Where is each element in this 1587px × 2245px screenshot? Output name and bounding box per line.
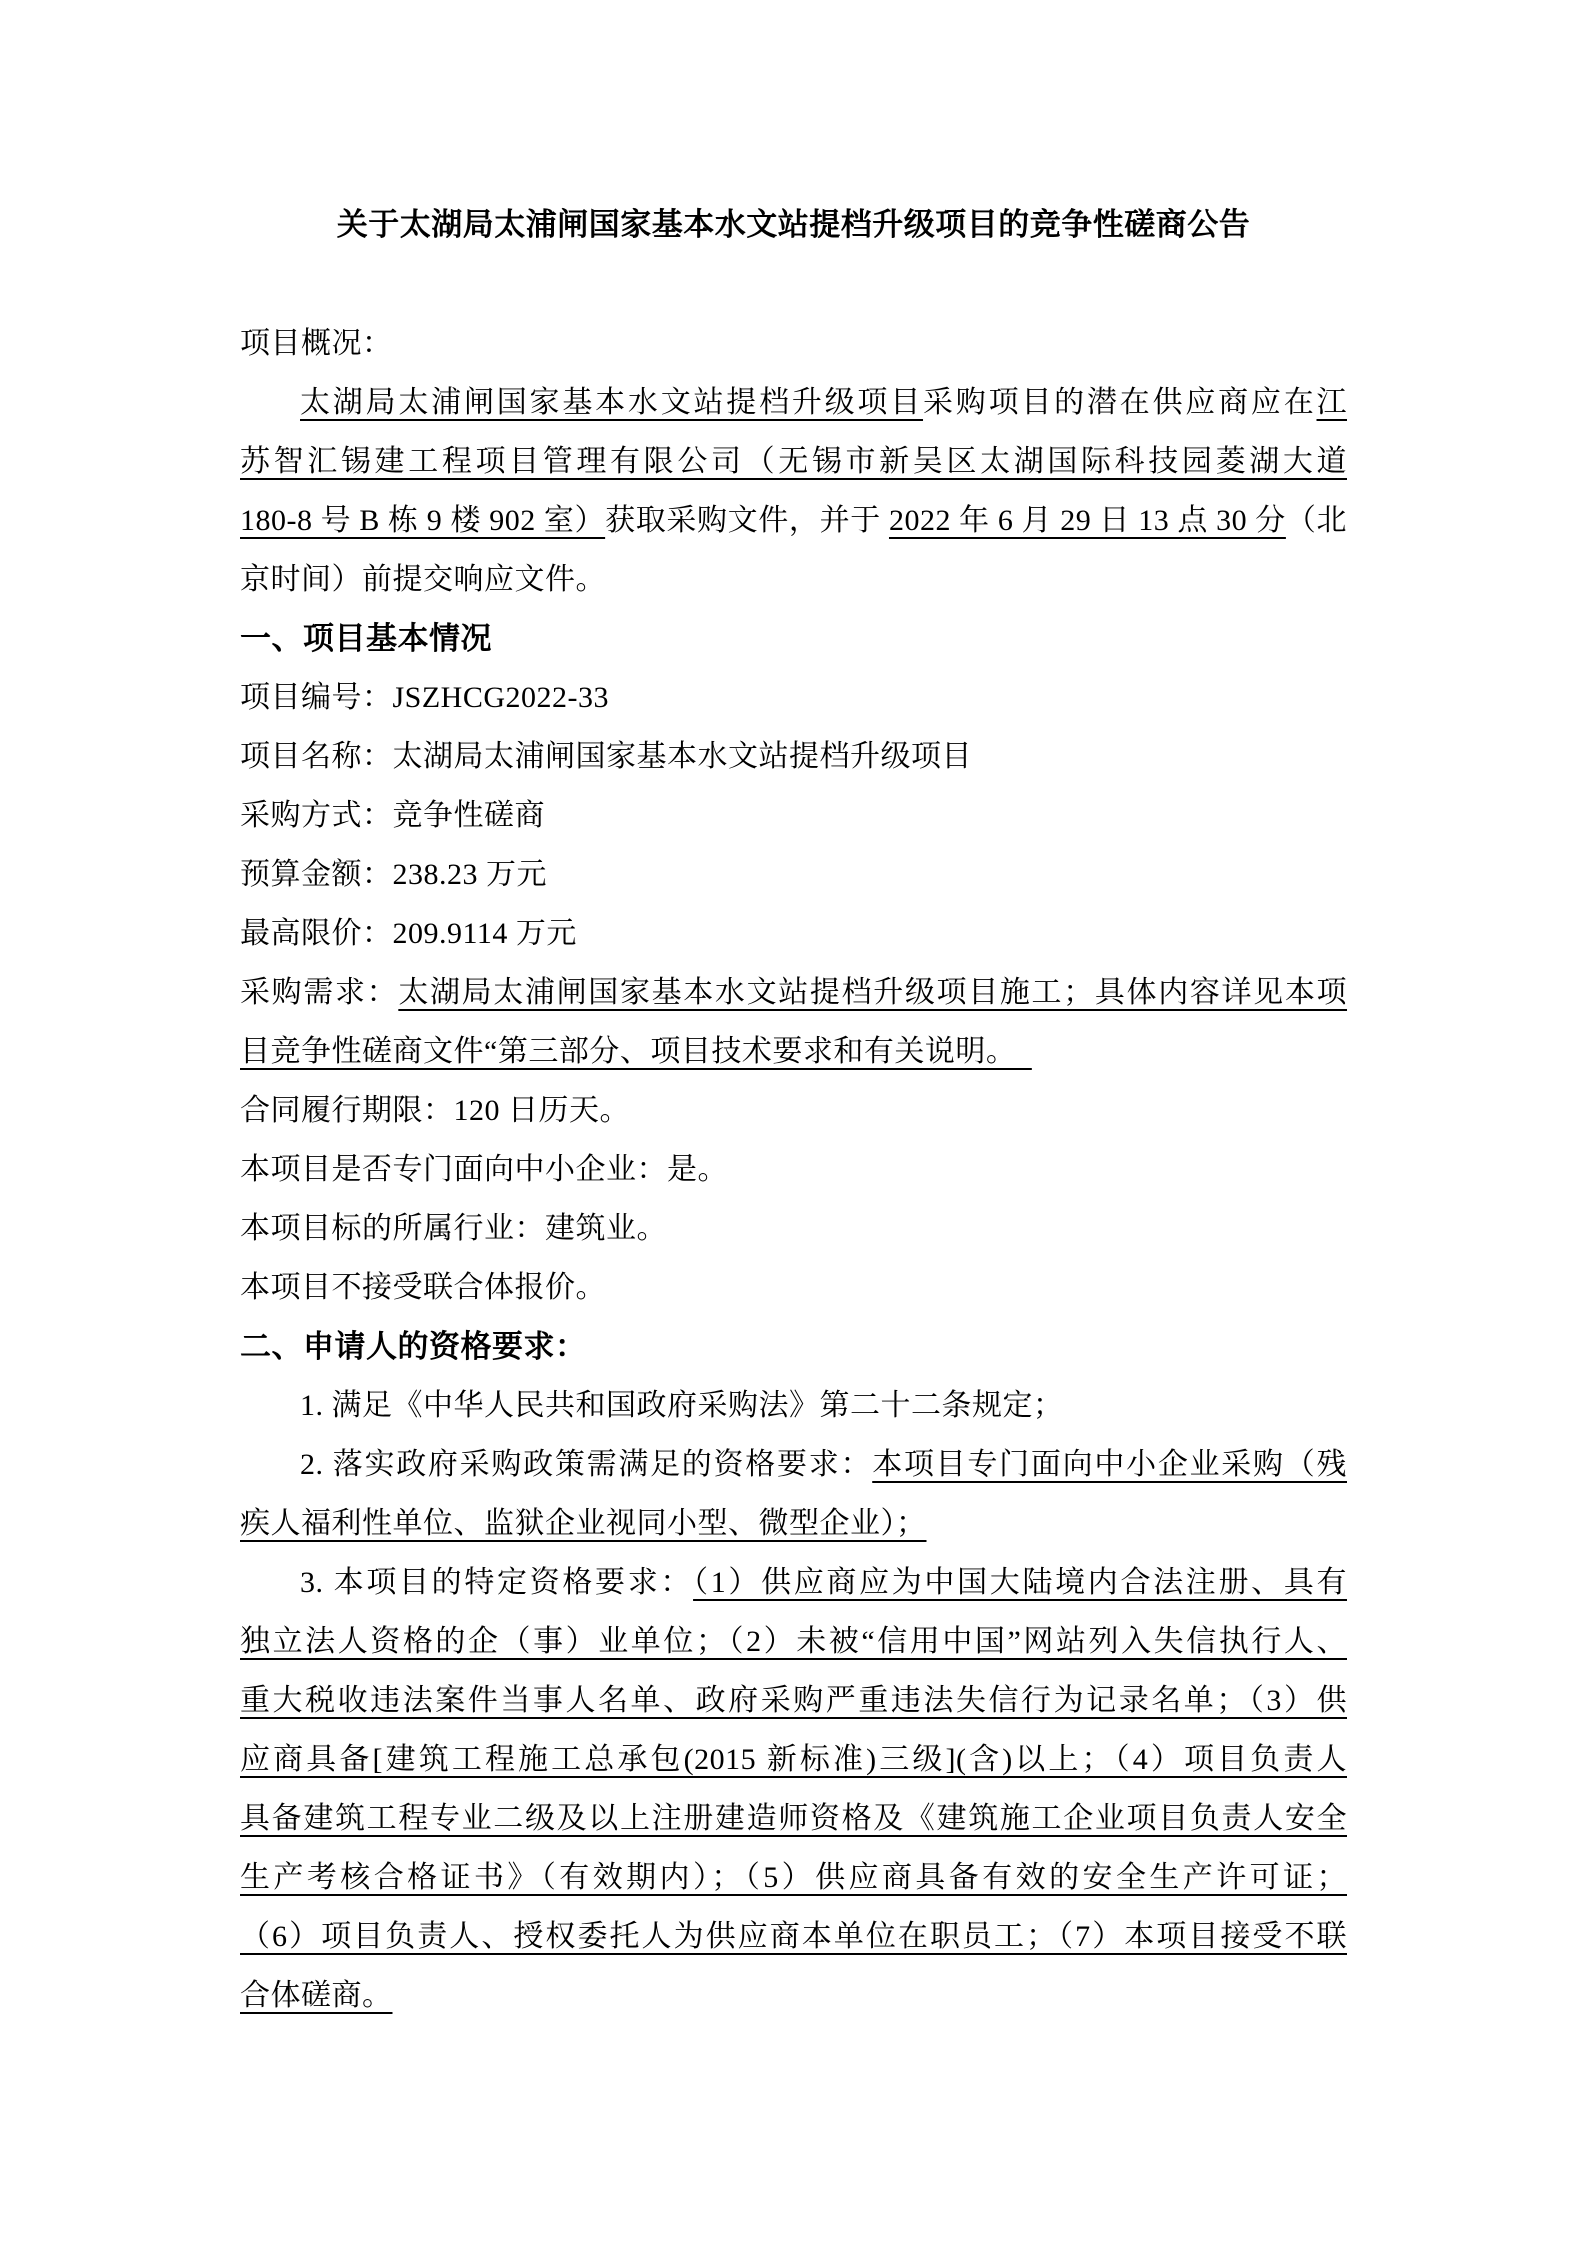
underlined-text: 2022 年 6 月 29 日 13 点 30 分 [889,504,1286,537]
underlined-text: 合体磋商。 [240,1979,393,2012]
plain-text: （北 [1286,504,1347,537]
underlined-text: 生产考核合格证书》（有效期内）；（5）供应商具备有效的安全生产许可证； [240,1861,1347,1894]
plain-text: 京时间）前提交响应文件。 [240,563,606,596]
max-price: 最高限价：209.9114 万元 [240,904,1347,963]
contract-period: 合同履行期限：120 日历天。 [240,1081,1347,1140]
budget-amount: 预算金额：238.23 万元 [240,845,1347,904]
procurement-demand-line-1: 采购需求：太湖局太浦闸国家基本水文站提档升级项目施工；具体内容详见本项 [240,963,1347,1022]
plain-text: 采购方式：竞争性磋商 [240,799,545,832]
underlined-text: 疾人福利性单位、监狱企业视同小型、微型企业）； [240,1507,927,1540]
overview-line-2: 苏智汇锡建工程项目管理有限公司（无锡市新吴区太湖国际科技园菱湖大道 [240,432,1347,491]
plain-text: 预算金额：238.23 万元 [240,858,547,891]
qualification-3-line-5: 具备建筑工程专业二级及以上注册建造师资格及《建筑施工企业项目负责人安全 [240,1789,1347,1848]
underlined-text: 应商具备[建筑工程施工总承包(2015 新标准)三级](含)以上；（4）项目负责… [240,1743,1347,1776]
plain-text: 本项目不接受联合体报价。 [240,1271,606,1304]
qualification-3-line-8: 合体磋商。 [240,1966,1347,2025]
plain-text: 合同履行期限：120 日历天。 [240,1094,630,1127]
qualification-1: 1. 满足《中华人民共和国政府采购法》第二十二条规定； [240,1376,1347,1435]
document-page: 关于太湖局太浦闸国家基本水文站提档升级项目的竞争性磋商公告 项目概况：太湖局太浦… [0,0,1587,2245]
plain-text: 项目编号：JSZHCG2022-33 [240,681,609,714]
underlined-text: 苏智汇锡建工程项目管理有限公司（无锡市新吴区太湖国际科技园菱湖大道 [240,445,1347,478]
plain-text: 2. 落实政府采购政策需满足的资格要求： [300,1448,872,1481]
consortium-statement: 本项目不接受联合体报价。 [240,1258,1347,1317]
plain-text: 1. 满足《中华人民共和国政府采购法》第二十二条规定； [300,1389,1064,1422]
document-body: 项目概况：太湖局太浦闸国家基本水文站提档升级项目采购项目的潜在供应商应在江苏智汇… [240,314,1347,2025]
plain-text: 项目名称：太湖局太浦闸国家基本水文站提档升级项目 [240,740,972,773]
underlined-text: （1）供应商应为中国大陆境内合法注册、具有 [693,1566,1347,1599]
sme-statement: 本项目是否专门面向中小企业：是。 [240,1140,1347,1199]
plain-text: 最高限价：209.9114 万元 [240,917,577,950]
qualification-3-line-1: 3. 本项目的特定资格要求：（1）供应商应为中国大陆境内合法注册、具有 [240,1553,1347,1612]
plain-text: 本项目是否专门面向中小企业：是。 [240,1153,728,1186]
overview-line-3: 180-8 号 B 栋 9 楼 902 室）获取采购文件，并于 2022 年 6… [240,491,1347,550]
plain-text: 采购项目的潜在供应商应在 [923,386,1316,419]
underlined-text: 太湖局太浦闸国家基本水文站提档升级项目施工；具体内容详见本项 [398,976,1347,1009]
section-2-heading: 二、申请人的资格要求： [240,1317,1347,1376]
overview-line-1: 太湖局太浦闸国家基本水文站提档升级项目采购项目的潜在供应商应在江 [240,373,1347,432]
qualification-2-line-1: 2. 落实政府采购政策需满足的资格要求：本项目专门面向中小企业采购（残 [240,1435,1347,1494]
underlined-text: 重大税收违法案件当事人名单、政府采购严重违法失信行为记录名单；（3）供 [240,1684,1347,1717]
underlined-text: 目竞争性磋商文件“第三部分、项目技术要求和有关说明。 [240,1035,1032,1068]
overview-line-4: 京时间）前提交响应文件。 [240,550,1347,609]
plain-text: 采购需求： [240,976,398,1009]
section-1-heading: 一、项目基本情况 [240,609,1347,668]
qualification-3-line-3: 重大税收违法案件当事人名单、政府采购严重违法失信行为记录名单；（3）供 [240,1671,1347,1730]
project-number: 项目编号：JSZHCG2022-33 [240,668,1347,727]
qualification-3-line-4: 应商具备[建筑工程施工总承包(2015 新标准)三级](含)以上；（4）项目负责… [240,1730,1347,1789]
underlined-text: 独立法人资格的企（事）业单位；（2）未被“信用中国”网站列入失信执行人、 [240,1625,1347,1658]
underlined-text: 江 [1317,386,1348,419]
qualification-2-line-2: 疾人福利性单位、监狱企业视同小型、微型企业）； [240,1494,1347,1553]
underlined-text: 本项目专门面向中小企业采购（残 [872,1448,1347,1481]
underlined-text: 180-8 号 B 栋 9 楼 902 室） [240,504,605,537]
procurement-method: 采购方式：竞争性磋商 [240,786,1347,845]
plain-text: 3. 本项目的特定资格要求： [300,1566,693,1599]
underlined-text: 具备建筑工程专业二级及以上注册建造师资格及《建筑施工企业项目负责人安全 [240,1802,1347,1835]
page-title: 关于太湖局太浦闸国家基本水文站提档升级项目的竞争性磋商公告 [240,195,1347,254]
qualification-3-line-6: 生产考核合格证书》（有效期内）；（5）供应商具备有效的安全生产许可证； [240,1848,1347,1907]
qualification-3-line-2: 独立法人资格的企（事）业单位；（2）未被“信用中国”网站列入失信执行人、 [240,1612,1347,1671]
plain-text: 二、申请人的资格要求： [240,1329,587,1364]
plain-text: 本项目标的所属行业：建筑业。 [240,1212,667,1245]
underlined-text: （6）项目负责人、授权委托人为供应商本单位在职员工；（7）本项目接受不联 [240,1920,1347,1953]
qualification-3-line-7: （6）项目负责人、授权委托人为供应商本单位在职员工；（7）本项目接受不联 [240,1907,1347,1966]
plain-text: 项目概况： [240,327,393,360]
project-name: 项目名称：太湖局太浦闸国家基本水文站提档升级项目 [240,727,1347,786]
underlined-text: 太湖局太浦闸国家基本水文站提档升级项目 [300,386,923,419]
plain-text: 获取采购文件，并于 [605,504,889,537]
procurement-demand-line-2: 目竞争性磋商文件“第三部分、项目技术要求和有关说明。 [240,1022,1347,1081]
industry-statement: 本项目标的所属行业：建筑业。 [240,1199,1347,1258]
plain-text: 一、项目基本情况 [240,621,492,656]
project-overview-label: 项目概况： [240,314,1347,373]
